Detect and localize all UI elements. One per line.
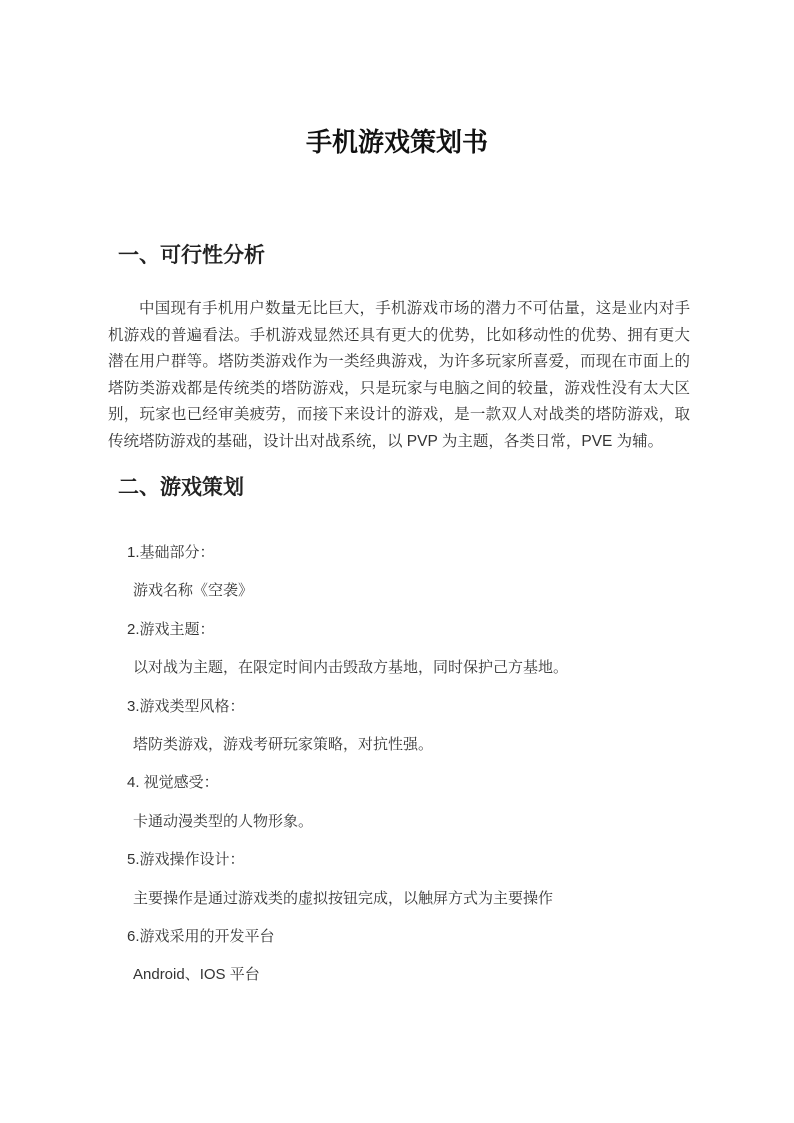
list-item-controls-detail: 主要操作是通过游戏类的虚拟按钮完成，以触屏方式为主要操作 — [127, 891, 707, 907]
list-item-controls-label: 5.游戏操作设计： — [127, 852, 707, 868]
list-item-genre-detail: 塔防类游戏，游戏考研玩家策略，对抗性强。 — [127, 737, 707, 753]
feasibility-paragraph: 中国现有手机用户数量无比巨大，手机游戏市场的潜力不可估量，这是业内对手机游戏的普… — [108, 296, 690, 456]
game-plan-list: 1.基础部分： 游戏名称《空袭》 2.游戏主题： 以对战为主题，在限定时间内击毁… — [127, 545, 707, 1006]
document-title: 手机游戏策划书 — [0, 122, 794, 159]
list-item-genre-label: 3.游戏类型风格： — [127, 699, 707, 715]
list-item-theme-detail: 以对战为主题，在限定时间内击毁敌方基地，同时保护己方基地。 — [127, 660, 707, 676]
list-item-visual-detail: 卡通动漫类型的人物形象。 — [127, 814, 707, 830]
list-item-game-name: 游戏名称《空袭》 — [127, 583, 707, 599]
section-heading-feasibility: 一、可行性分析 — [118, 239, 265, 269]
list-item-basics-label: 1.基础部分： — [127, 545, 707, 561]
document-page: 手机游戏策划书 一、可行性分析 中国现有手机用户数量无比巨大，手机游戏市场的潜力… — [0, 0, 794, 1123]
section-heading-game-plan: 二、游戏策划 — [118, 471, 244, 501]
list-item-platform-label: 6.游戏采用的开发平台 — [127, 929, 707, 945]
list-item-theme-label: 2.游戏主题： — [127, 622, 707, 638]
list-item-platform-detail: Android、IOS 平台 — [127, 967, 707, 983]
list-item-visual-label: 4. 视觉感受： — [127, 775, 707, 791]
